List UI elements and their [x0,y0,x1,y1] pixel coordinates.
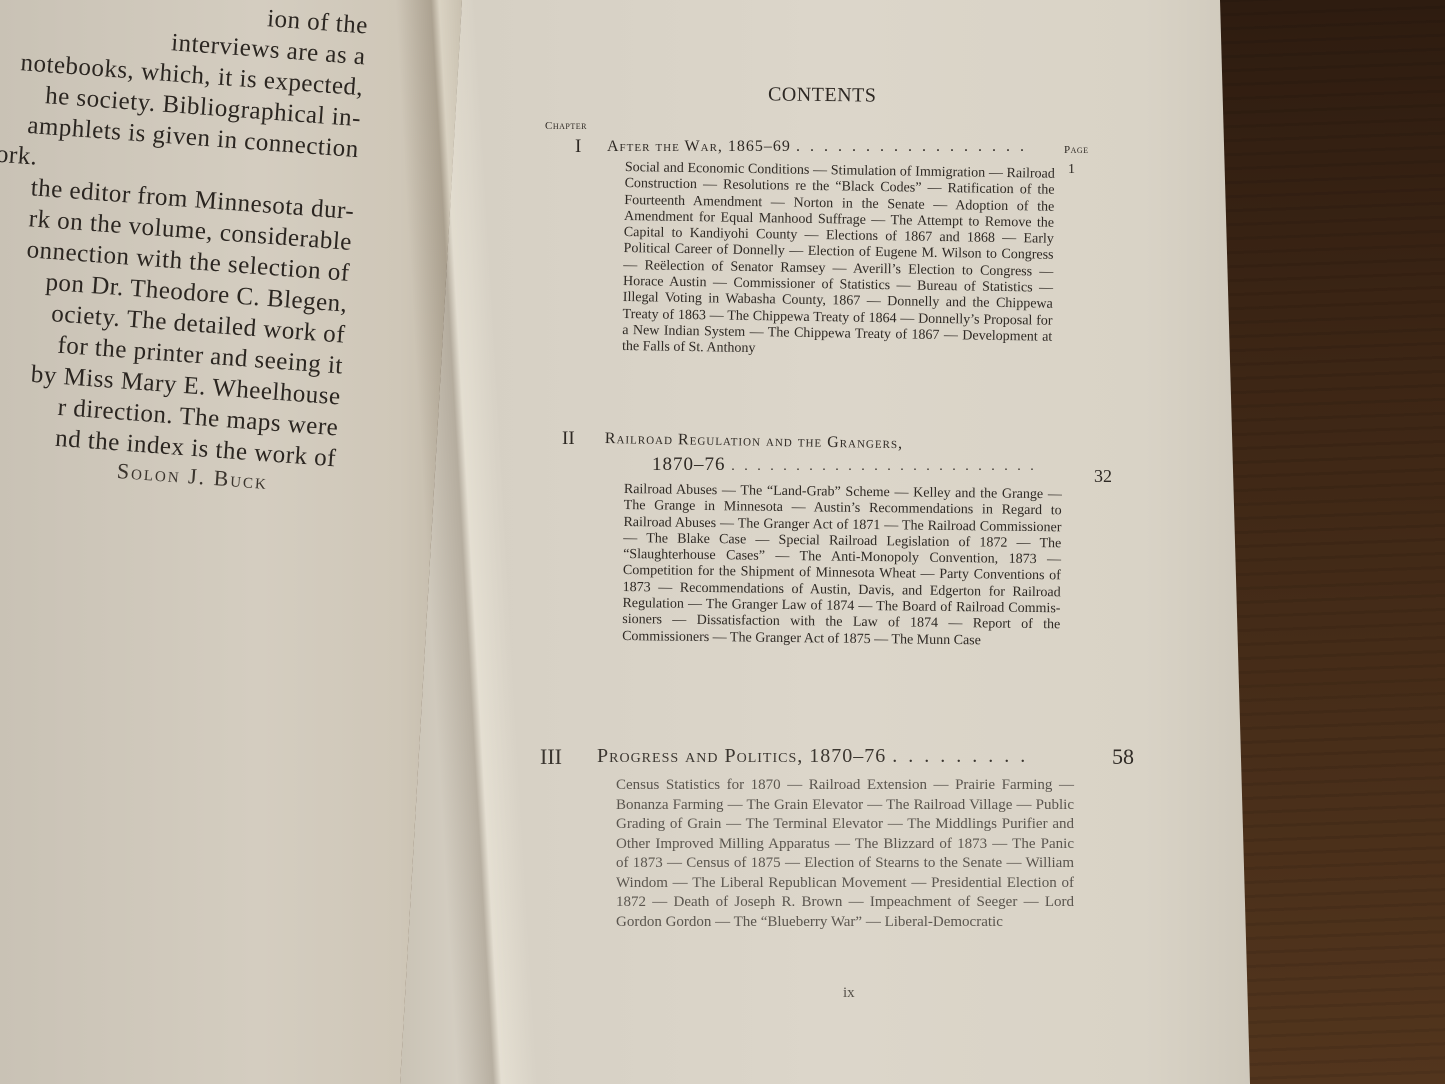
chapter-title: Progress and Politics, 1870–76 . . . . .… [597,745,1028,768]
page-title: CONTENTS [768,83,877,107]
chapter-title-continued: 1870–76 . . . . . . . . . . . . . . . . … [652,454,1037,476]
chapter-column-header: Chapter [545,120,587,132]
chapter-number: III [540,744,562,770]
leader-dots: . . . . . . . . . [892,745,1028,767]
chapter-number: I [575,136,581,158]
leader-dots: . . . . . . . . . . . . . . . . . [796,138,1027,155]
chapter-page-number: 58 [1112,744,1134,770]
preface-text: ion of the interviews are as a notebooks… [0,0,369,474]
page-folio: ix [843,985,855,1002]
chapter-summary: Railroad Abuses — The “Land-Grab” Scheme… [622,482,1062,650]
chapter-title-text: After the War, 1865–69 [607,138,791,155]
chapter-page-number: 32 [1094,466,1112,487]
chapter-page-number: 1 [1068,162,1075,178]
chapter-number: II [562,428,575,450]
chapter-title-text: Progress and Politics, 1870–76 [597,745,886,767]
photo-scene: ion of the interviews are as a notebooks… [0,0,1445,1084]
chapter-summary: Census Statistics for 1870 — Railroad Ex… [616,776,1074,932]
chapter-title-text: 1870–76 [652,454,726,475]
page-column-header: Page [1064,144,1089,156]
chapter-title: After the War, 1865–69 . . . . . . . . .… [607,138,1027,156]
leader-dots: . . . . . . . . . . . . . . . . . . . . … [731,459,1037,474]
chapter-summary: Social and Economic Conditions — Stimula… [622,160,1055,362]
